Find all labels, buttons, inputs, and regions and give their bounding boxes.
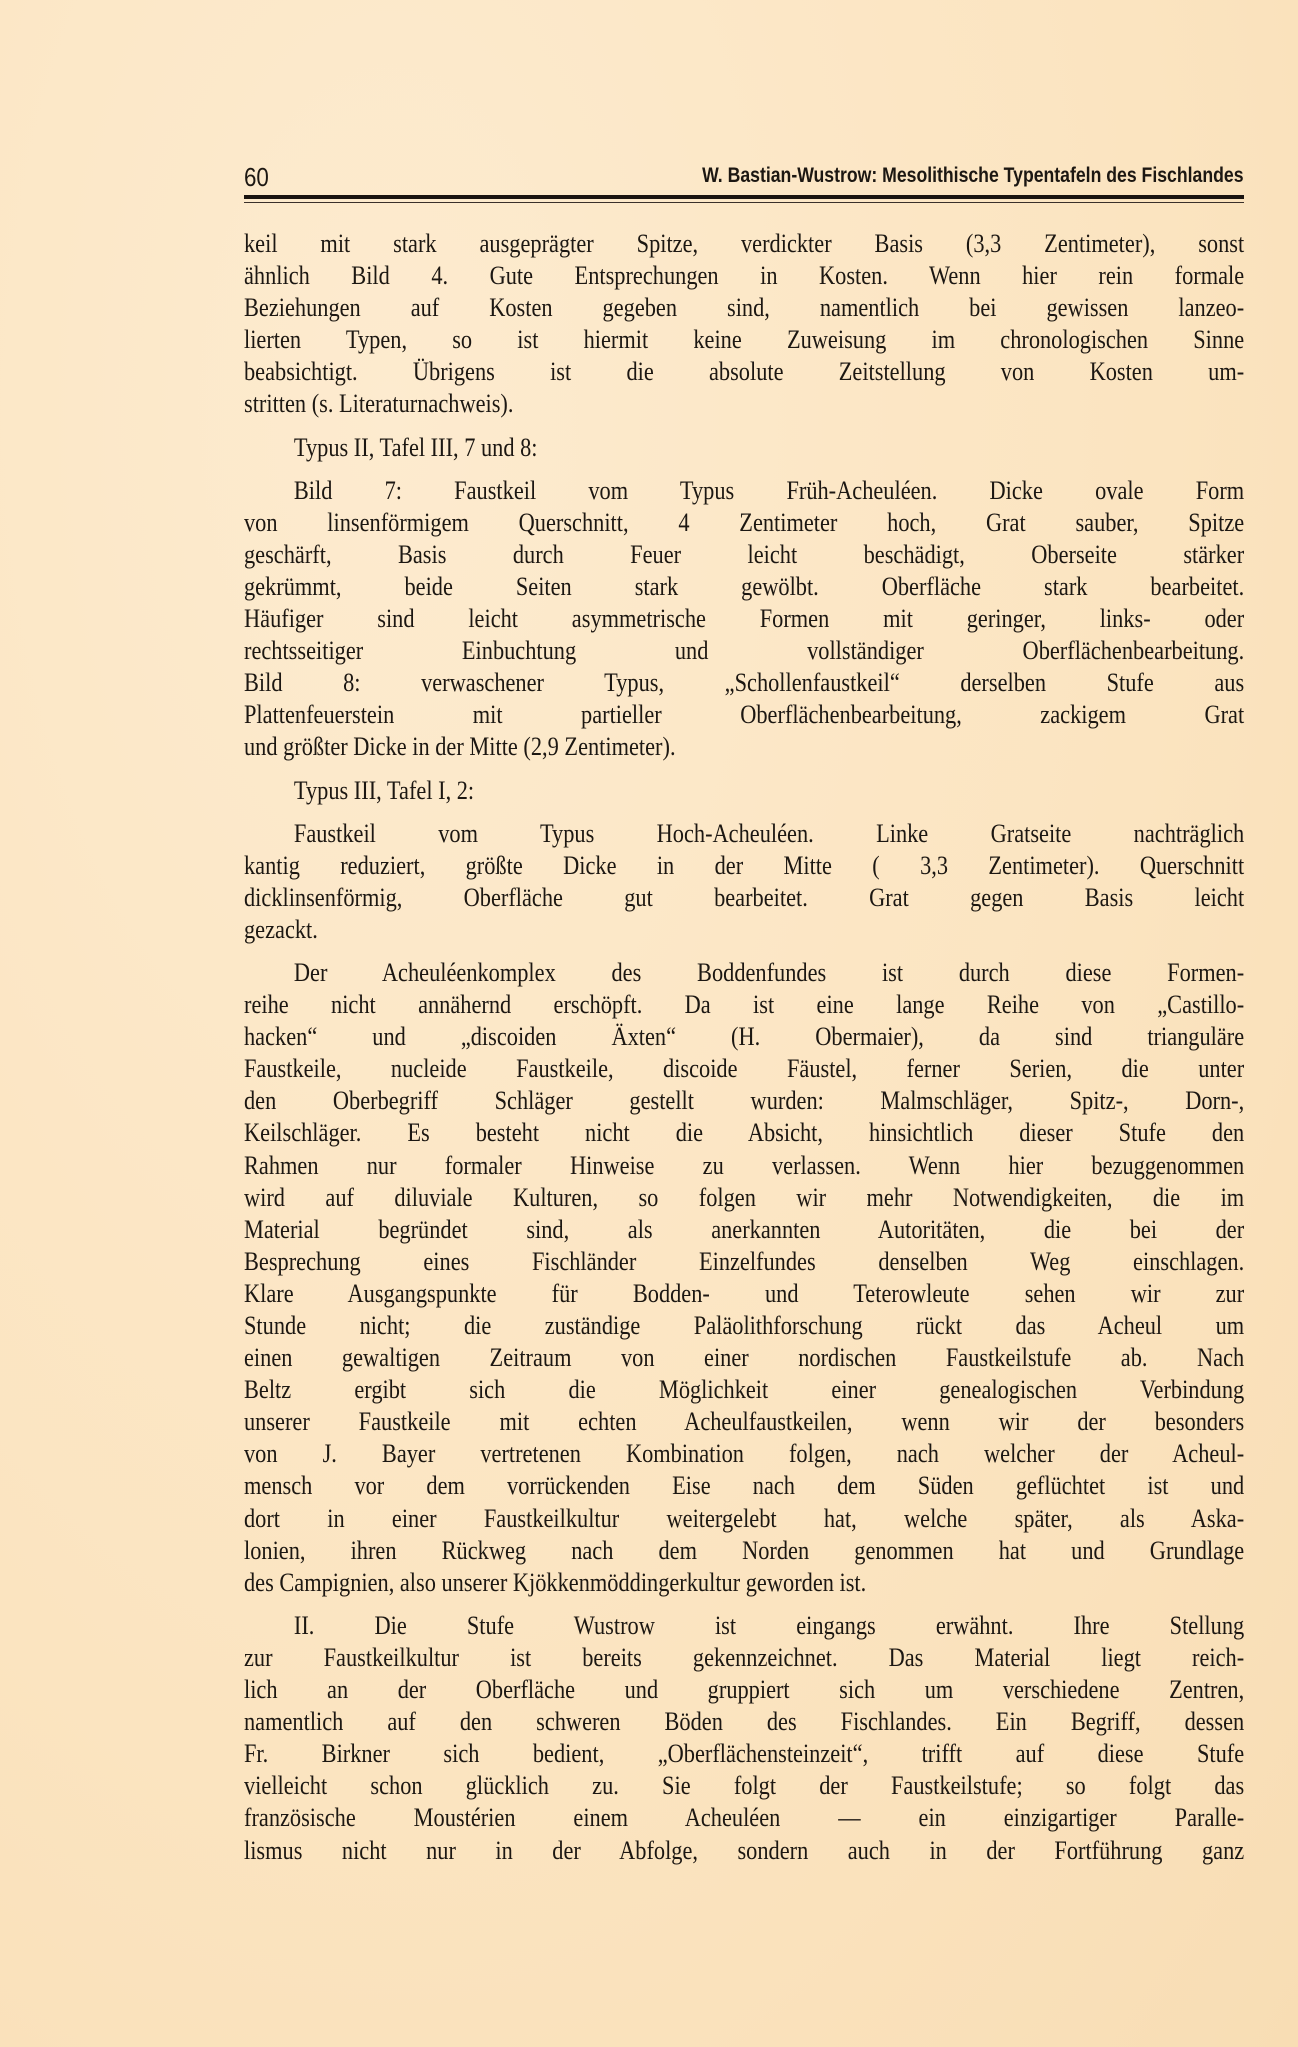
text-line: Rahmen nur formaler Hinweise zu verlasse… [244, 1150, 1244, 1182]
text-line: ähnlich Bild 4. Gute Entsprechungen in K… [244, 260, 1244, 292]
paragraph: Faustkeil vom Typus Hoch-Acheuléen. Link… [244, 818, 1244, 946]
text-line: gekrümmt, beide Seiten stark gewölbt. Ob… [244, 571, 1244, 603]
running-head: 60 W. Bastian-Wustrow: Mesolithische Typ… [244, 162, 1244, 198]
text-line: namentlich auf den schweren Böden des Fi… [244, 1706, 1244, 1738]
text-line: lonien, ihren Rückweg nach dem Norden ge… [244, 1535, 1244, 1567]
paragraph-gap [244, 946, 1244, 957]
page-number: 60 [244, 162, 269, 193]
text-line: dort in einer Faustkeilkultur weitergele… [244, 1503, 1244, 1535]
text-line: geschärft, Basis durch Feuer leicht besc… [244, 539, 1244, 571]
text-line: des Campignien, also unserer Kjökkenmödd… [244, 1567, 1244, 1599]
text-line: lich an der Oberfläche und gruppiert sic… [244, 1674, 1244, 1706]
paragraph: Der Acheuléenkomplex des Boddenfundes is… [244, 957, 1244, 1599]
text-line: kantig reduziert, größte Dicke in der Mi… [244, 850, 1244, 882]
paragraph: Bild 7: Faustkeil vom Typus Früh-Acheulé… [244, 475, 1244, 764]
text-line: gezackt. [244, 914, 1244, 946]
paragraph: keil mit stark ausgeprägter Spitze, verd… [244, 228, 1244, 421]
text-line: Fr. Birkner sich bedient, „Oberflächenst… [244, 1738, 1244, 1770]
header-rule-thick [244, 195, 1244, 199]
text-line: Häufiger sind leicht asymmetrische Forme… [244, 603, 1244, 635]
text-line: reihe nicht annähernd erschöpft. Da ist … [244, 989, 1244, 1021]
text-line: Der Acheuléenkomplex des Boddenfundes is… [244, 957, 1244, 989]
paragraph-gap [244, 464, 1244, 475]
text-line: keil mit stark ausgeprägter Spitze, verd… [244, 228, 1244, 260]
paragraph: Typus II, Tafel III, 7 und 8: [244, 432, 1244, 464]
text-line: einen gewaltigen Zeitraum von einer nord… [244, 1342, 1244, 1374]
text-line: mensch vor dem vorrückenden Eise nach de… [244, 1470, 1244, 1502]
text-line: Klare Ausgangspunkte für Bodden- und Tet… [244, 1278, 1244, 1310]
paragraph: Typus III, Tafel I, 2: [244, 775, 1244, 807]
text-line: wird auf diluviale Kulturen, so folgen w… [244, 1182, 1244, 1214]
text-line: Faustkeil vom Typus Hoch-Acheuléen. Link… [244, 818, 1244, 850]
text-line: den Oberbegriff Schläger gestellt wurden… [244, 1085, 1244, 1117]
text-line: hacken“ und „discoiden Äxten“ (H. Oberma… [244, 1021, 1244, 1053]
text-line: lierten Typen, so ist hiermit keine Zuwe… [244, 324, 1244, 356]
text-line: vielleicht schon glücklich zu. Sie folgt… [244, 1770, 1244, 1802]
running-title: W. Bastian-Wustrow: Mesolithische Typent… [703, 164, 1244, 188]
body-text: keil mit stark ausgeprägter Spitze, verd… [244, 228, 1244, 1867]
paragraph-gap [244, 764, 1244, 775]
text-line: Faustkeile, nucleide Faustkeile, discoid… [244, 1053, 1244, 1085]
paragraph-gap [244, 1599, 1244, 1610]
text-line: Typus III, Tafel I, 2: [244, 775, 1244, 807]
paragraph-gap [244, 807, 1244, 818]
text-line: Stunde nicht; die zuständige Paläolithfo… [244, 1310, 1244, 1342]
text-line: zur Faustkeilkultur ist bereits gekennze… [244, 1642, 1244, 1674]
text-line: französische Moustérien einem Acheuléen … [244, 1802, 1244, 1834]
text-line: und größter Dicke in der Mitte (2,9 Zent… [244, 731, 1244, 763]
text-line: Beziehungen auf Kosten gegeben sind, nam… [244, 292, 1244, 324]
text-line: rechtsseitiger Einbuchtung und vollständ… [244, 635, 1244, 667]
text-line: Material begründet sind, als anerkannten… [244, 1214, 1244, 1246]
text-line: Keilschläger. Es besteht nicht die Absic… [244, 1117, 1244, 1149]
paragraph-gap [244, 421, 1244, 432]
text-line: unserer Faustkeile mit echten Acheulfaus… [244, 1406, 1244, 1438]
text-line: II. Die Stufe Wustrow ist eingangs erwäh… [244, 1610, 1244, 1642]
text-line: Bild 8: verwaschener Typus, „Schollenfau… [244, 667, 1244, 699]
text-line: Typus II, Tafel III, 7 und 8: [244, 432, 1244, 464]
text-line: Beltz ergibt sich die Möglichkeit einer … [244, 1374, 1244, 1406]
paragraph: II. Die Stufe Wustrow ist eingangs erwäh… [244, 1610, 1244, 1867]
text-line: Plattenfeuerstein mit partieller Oberflä… [244, 699, 1244, 731]
text-line: Besprechung eines Fischländer Einzelfund… [244, 1246, 1244, 1278]
text-line: dicklinsenförmig, Oberfläche gut bearbei… [244, 882, 1244, 914]
text-line: von J. Bayer vertretenen Kombination fol… [244, 1438, 1244, 1470]
text-line: lismus nicht nur in der Abfolge, sondern… [244, 1835, 1244, 1867]
text-line: stritten (s. Literaturnachweis). [244, 388, 1244, 420]
text-line: beabsichtigt. Übrigens ist die absolute … [244, 356, 1244, 388]
text-line: von linsenförmigem Querschnitt, 4 Zentim… [244, 507, 1244, 539]
header-rule-thin [244, 202, 1244, 203]
text-line: Bild 7: Faustkeil vom Typus Früh-Acheulé… [244, 475, 1244, 507]
